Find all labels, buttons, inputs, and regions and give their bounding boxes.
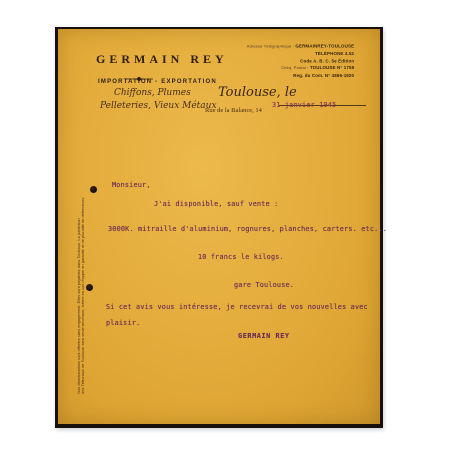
trade-line-1: Chiffons, Plumes — [114, 88, 191, 98]
body-closing-line2: plaisir. — [106, 319, 140, 327]
contact-code: Code A. B. C. 5e Édition — [247, 58, 354, 65]
margin-note-line2: des Tribunaux de Toulouse sera seule rec… — [82, 184, 86, 394]
telegraph-value: GERMAINREY-TOULOUSE — [295, 44, 354, 49]
body-closing-line1: Si cet avis vous intéresse, je recevrai … — [106, 303, 368, 311]
scan-canvas: GERMAIN REY IMPORTATION - EXPORTATION Ch… — [0, 0, 458, 458]
contact-block: Adresse Télégraphique :GERMAINREY-TOULOU… — [247, 43, 354, 80]
body-offer: 3000K. mitraille d'aluminium, rognures, … — [108, 225, 387, 233]
contact-phone: TÉLÉPHONE 4.52 — [247, 51, 354, 58]
letter-paper: GERMAIN REY IMPORTATION - EXPORTATION Ch… — [58, 29, 380, 424]
punch-hole-top — [90, 186, 97, 193]
company-name: GERMAIN REY — [96, 52, 228, 67]
contact-telegraph: Adresse Télégraphique :GERMAINREY-TOULOU… — [247, 43, 354, 51]
cheque-label: Chèq. Postal : — [281, 66, 308, 70]
body-price: 10 francs le kilogs. — [198, 253, 284, 261]
telegraph-label: Adresse Télégraphique : — [247, 44, 294, 48]
typed-date: 31 janvier 1945 — [272, 101, 336, 109]
margin-note-text: Nos Marchandises sont offertes sans enga… — [78, 184, 86, 394]
body-intro: J'ai disponible, sauf vente : — [154, 200, 278, 208]
cheque-value: TOULOUSE N° 1759 — [310, 66, 354, 71]
body-delivery: gare Toulouse. — [234, 281, 294, 289]
punch-hole-bottom — [86, 284, 93, 291]
dateline-street: Rue de la Balance, 14 — [205, 107, 262, 114]
trade-line-2: Pelleteries, Vieux Métaux — [100, 101, 217, 111]
contact-registry: Reg. du Com. N° 4866-1920 — [247, 73, 354, 80]
paper-scan-edge: GERMAIN REY IMPORTATION - EXPORTATION Ch… — [55, 27, 383, 428]
body-salutation: Monsieur, — [112, 181, 151, 189]
activity-line: IMPORTATION - EXPORTATION — [98, 79, 217, 85]
contact-cheque: Chèq. Postal :TOULOUSE N° 1759 — [247, 65, 354, 73]
body-signature: GERMAIN REY — [238, 332, 290, 340]
